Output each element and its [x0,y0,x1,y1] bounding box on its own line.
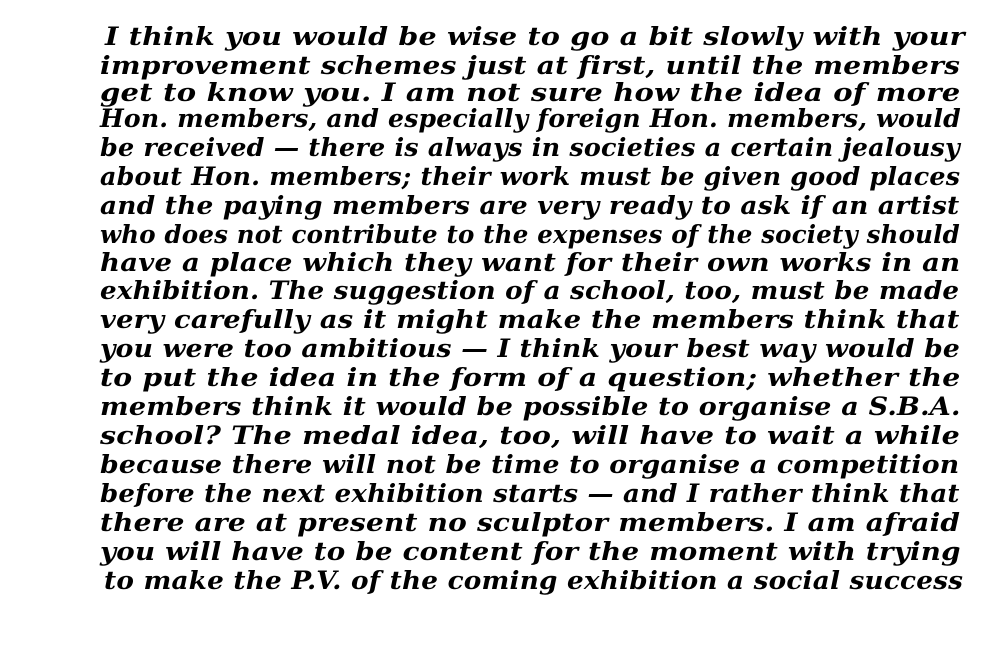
letter-line: to put the idea in the form of a questio… [100,363,960,392]
letter-line: there are at present no sculptor members… [100,508,960,537]
letter-line: who does not contribute to the expenses … [100,220,960,249]
letter-line: you will have to be content for the mome… [100,537,961,566]
letter-line: I think you would be wise to go a bit sl… [105,22,965,51]
letter-line: exhibition. The suggestion of a school, … [100,276,959,305]
scanned-letter-page: I think you would be wise to go a bit sl… [0,0,1000,647]
letter-line: about Hon. members; their work must be g… [100,162,960,191]
letter-line: school? The medal idea, too, will have t… [100,421,960,450]
letter-line: get to know you. I am not sure how the i… [100,78,960,107]
letter-line: Hon. members, and especially foreign Hon… [100,104,961,133]
letter-line: have a place which they want for their o… [100,248,960,277]
letter-line: improvement schemes just at first, until… [100,51,960,80]
letter-line: you were too ambitious — I think your be… [100,334,960,363]
letter-line: and the paying members are very ready to… [100,191,959,220]
letter-line: members think it would be possible to or… [100,392,961,421]
letter-line: be received — there is always in societi… [100,133,960,162]
letter-line: to make the P.V. of the coming exhibitio… [104,566,963,595]
letter-line: very carefully as it might make the memb… [100,305,960,334]
letter-line: before the next exhibition starts — and … [100,479,960,508]
letter-line: because there will not be time to organi… [100,450,959,479]
